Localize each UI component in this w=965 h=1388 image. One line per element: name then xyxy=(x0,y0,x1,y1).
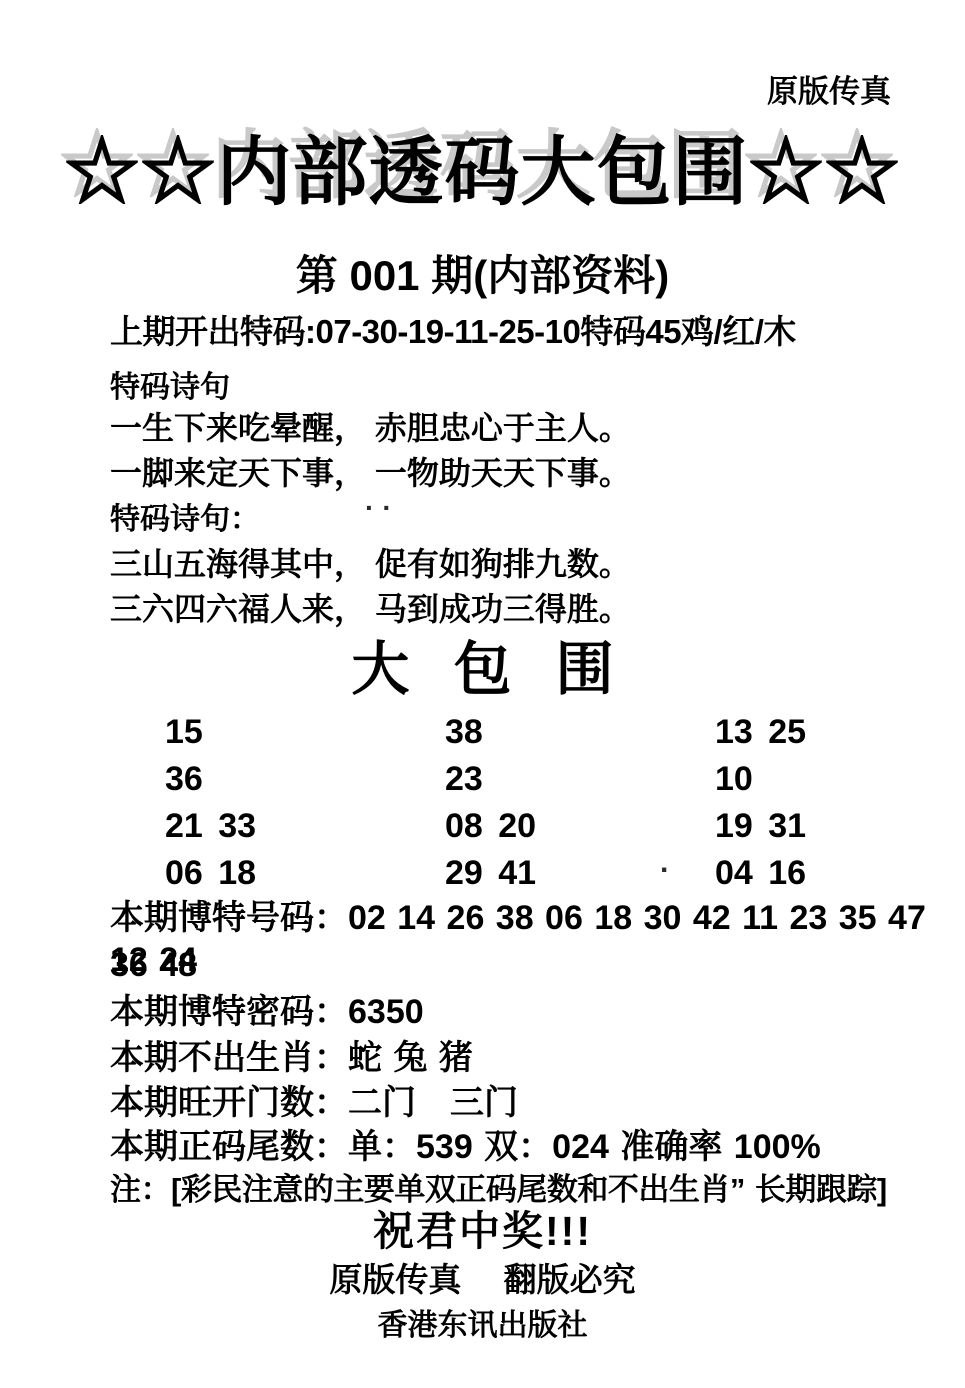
encirclement-heading: 大 包 围 xyxy=(0,634,965,706)
grid-cell: 19 31 xyxy=(715,806,965,853)
grid-cell: 15 xyxy=(165,712,445,759)
bote-password-line: 本期博特密码：6350 xyxy=(110,991,424,1033)
wish-line: 祝君中奖!!! xyxy=(0,1198,965,1257)
grid-cell: 08 20 xyxy=(445,806,715,853)
excluded-zodiac-line: 本期不出生肖：蛇 兔 猪 xyxy=(110,1037,473,1079)
grid-cell: 23 xyxy=(445,759,715,806)
grid-cell: 36 xyxy=(165,759,445,806)
scan-artifact-dot: . xyxy=(660,848,668,878)
poem2-heading: 特码诗句： xyxy=(110,500,260,540)
poem2-line: 三山五海得其中， 促有如狗排九数。 xyxy=(110,544,631,584)
grid-cell: 06 18 xyxy=(165,853,445,900)
issue-line: 第 001 期(内部资料) xyxy=(0,243,965,303)
grid-cell: 21 33 xyxy=(165,806,445,853)
publisher-line: 香港东讯出版社 xyxy=(0,1300,965,1344)
bote-numbers-line2: 36 48 xyxy=(110,944,197,986)
poem2-line: 三六四六福人来， 马到成功三得胜。 xyxy=(110,589,631,629)
lucky-gates-line: 本期旺开门数：二门 三门 xyxy=(110,1082,518,1124)
poem1-line: 一生下来吃晕醒， 赤胆忠心于主人。 xyxy=(110,408,631,448)
corner-label: 原版传真 xyxy=(767,66,891,111)
grid-cell: 10 xyxy=(715,759,965,806)
scan-artifact-dots: ·· xyxy=(365,492,400,524)
fax-sheet: 原版传真 ☆☆内部透码大包围☆☆ 第 001 期(内部资料) 上期开出特码:07… xyxy=(0,0,965,1388)
poem1-line: 一脚来定天下事， 一物助天天下事。 xyxy=(110,453,631,493)
previous-draw-line: 上期开出特码:07-30-19-11-25-10特码45鸡/红/木 xyxy=(110,312,796,352)
grid-cell: 13 25 xyxy=(715,712,965,759)
grid-cell: 38 xyxy=(445,712,715,759)
grid-cell: 29 41 xyxy=(445,853,715,900)
bote-numbers-line1: 本期博特号码：02 14 26 38 06 18 30 42 11 23 35 … xyxy=(110,897,965,981)
tail-numbers-line: 本期正码尾数：单：539 双：024 准确率 100% xyxy=(110,1126,821,1168)
copyright-line: 原版传真 翻版必究 xyxy=(0,1254,965,1301)
page-title: ☆☆内部透码大包围☆☆ xyxy=(0,126,965,218)
number-grid: 15 38 13 25 36 23 10 21 33 08 20 19 31 0… xyxy=(165,712,965,900)
poem1-heading: 特码诗句 xyxy=(110,368,230,408)
grid-cell: 04 16 xyxy=(715,853,965,900)
